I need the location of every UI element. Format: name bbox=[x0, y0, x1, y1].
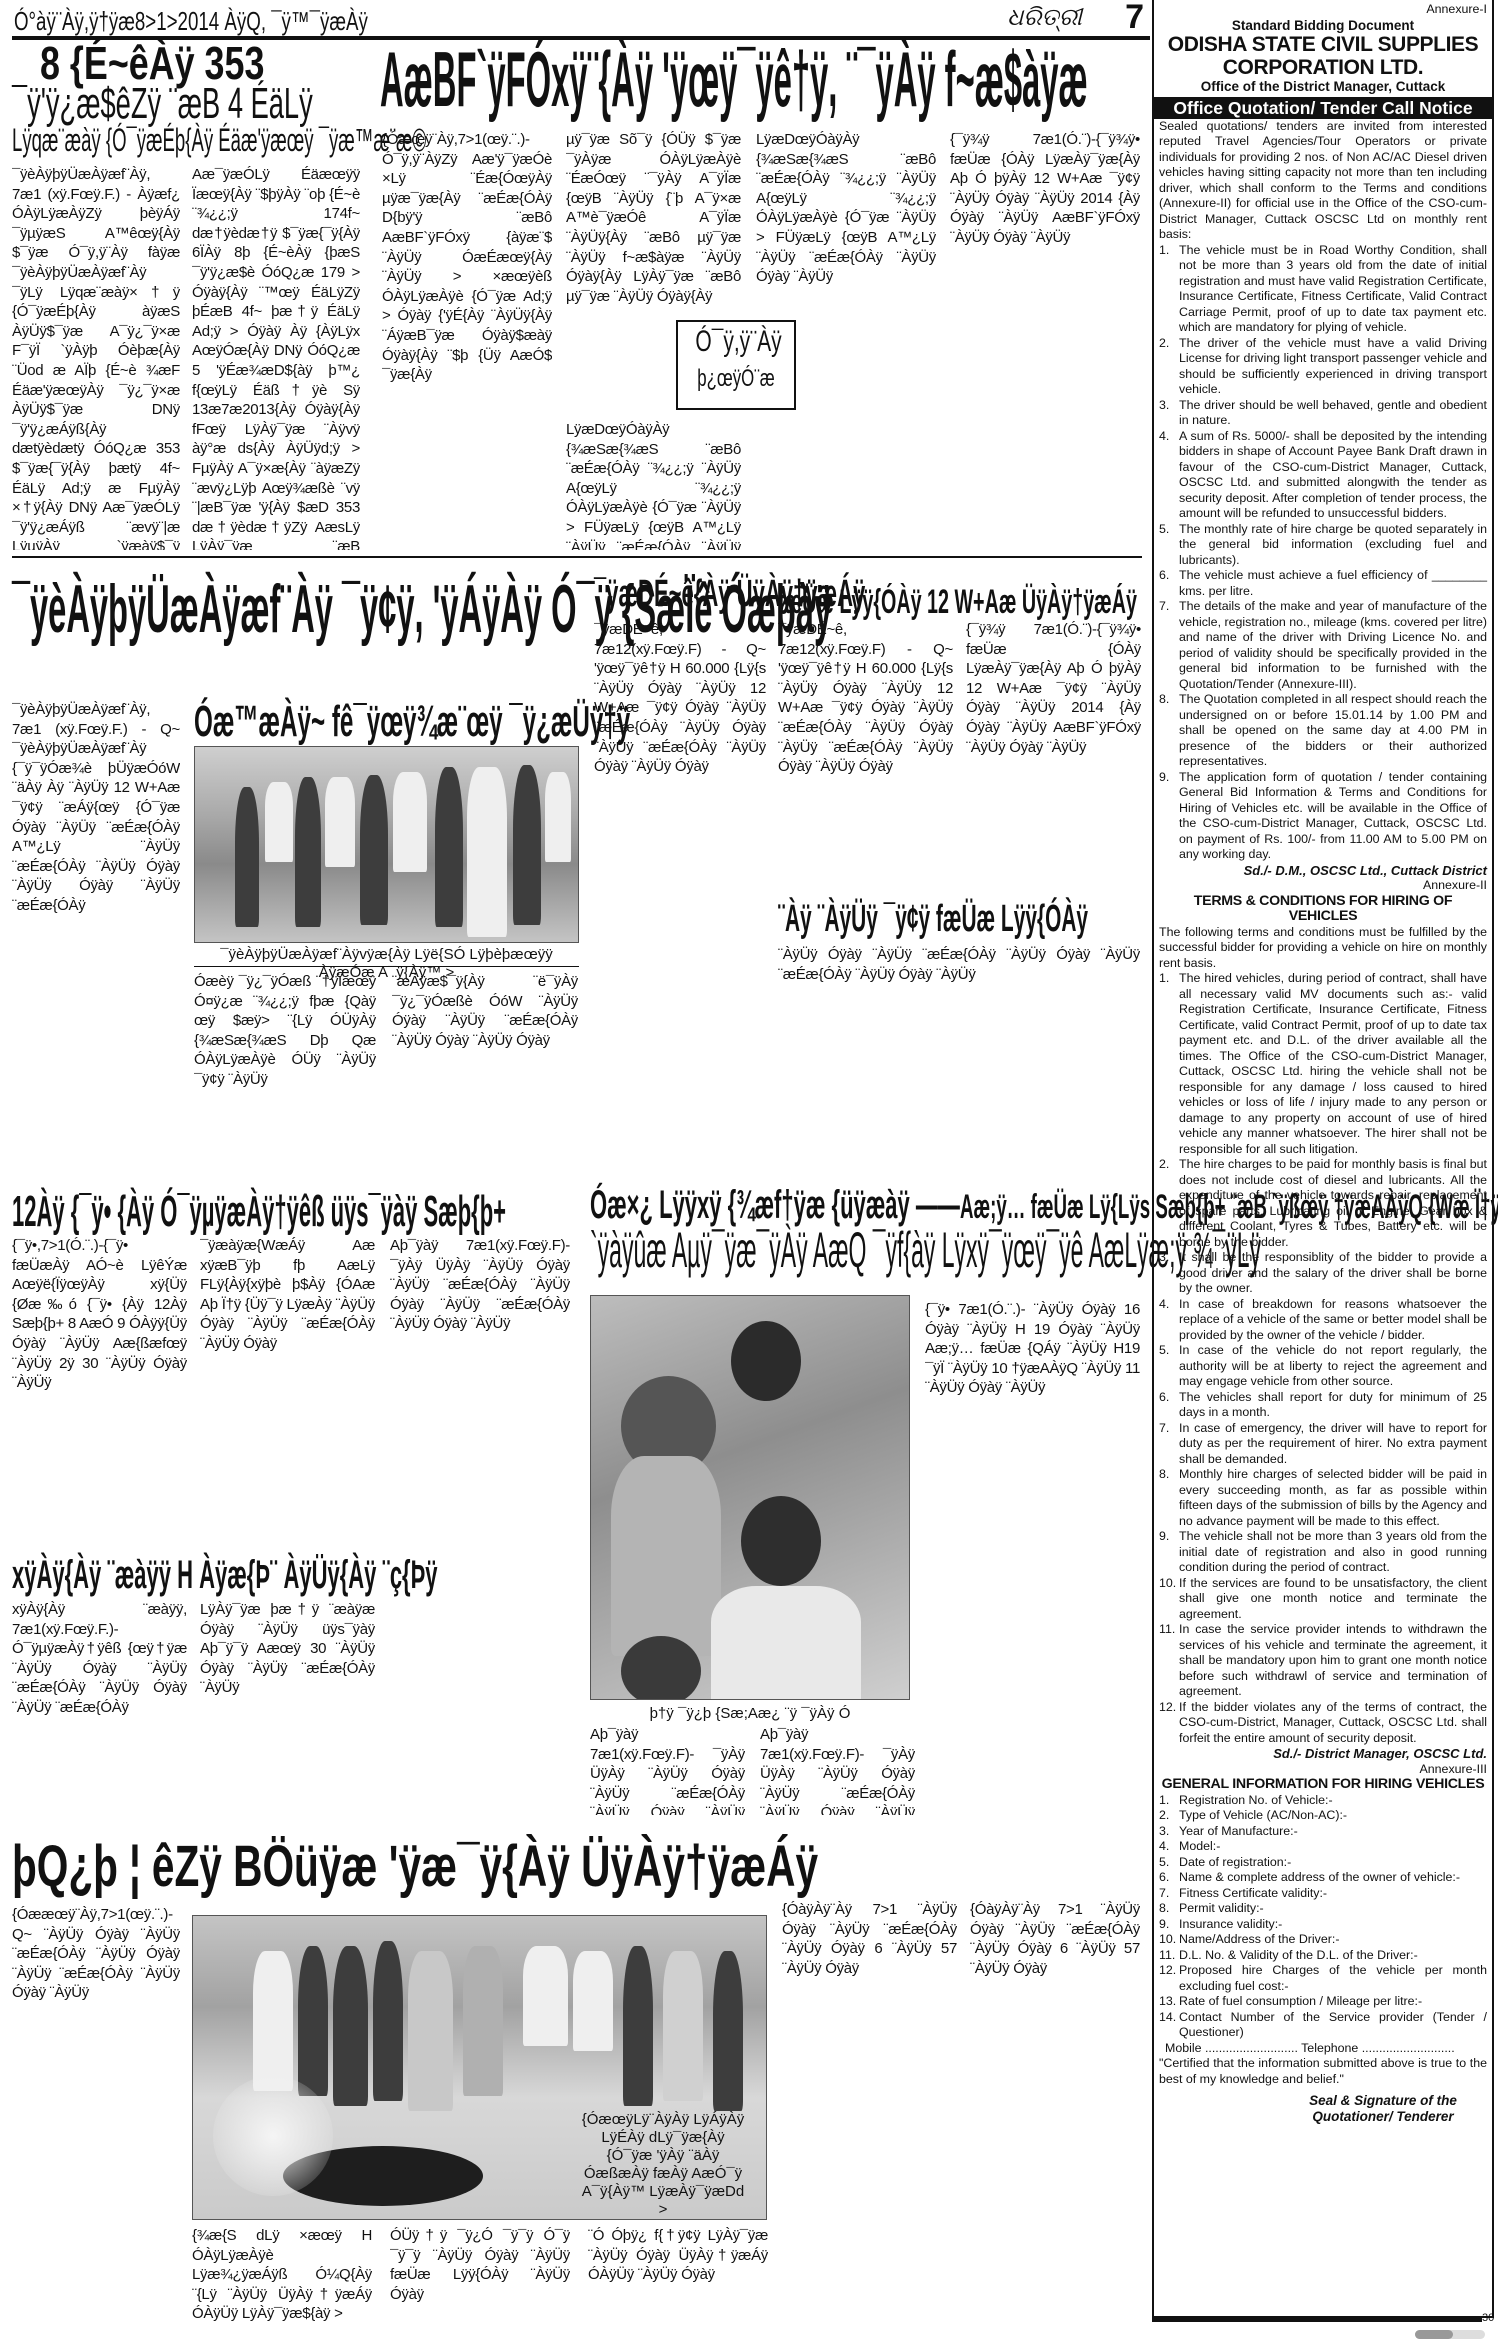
signature-dm: Sd./- D.M., OSCSC Ltd., Cuttack District bbox=[1159, 863, 1487, 879]
article-3-subheadline: Óæ™æÀÿ~ fê¯ÿœÿ¾æ¨œÿ ¯ÿ¿æÜÿ†ÿ bbox=[194, 700, 630, 744]
article-9-column-2: LÿÀÿ¯ÿæ þæ†ÿ ¨æàÿæ Óÿàÿ ¨ÀÿÜÿ üÿs¯ÿàÿ Aþ… bbox=[200, 1600, 375, 1810]
general-info-item: 14.Contact Number of the Service provide… bbox=[1159, 2010, 1487, 2041]
notice-item: 9.The application form of quotation / te… bbox=[1159, 770, 1487, 863]
terms-item: 5.In case of the vehicle do not report r… bbox=[1159, 1343, 1487, 1390]
notice-item: 1.The vehicle must be in Road Worthy Con… bbox=[1159, 243, 1487, 336]
annexure-1-label: Annexure-I bbox=[1159, 2, 1487, 18]
page-number: 7 bbox=[1125, 0, 1144, 37]
article-7-column-2: Aþ¯ÿàÿ 7æ1(xÿ.Fœÿ.F)- ¯ÿÀÿ ÜÿÀÿ ¨ÀÿÜÿ Óÿ… bbox=[760, 1725, 915, 1815]
terms-item: 3.It shall be the responsiblity of the b… bbox=[1159, 1250, 1487, 1297]
article-11-headline: þQ¿þ ¦ êZÿ BÖüÿæ 'ÿæ¯ÿ{Àÿ ÜÿÀÿ†ÿæÁÿ bbox=[12, 1838, 818, 1896]
notice-item: 8.The Quotation completed in all respect… bbox=[1159, 692, 1487, 770]
general-info-item: 1.Registration No. of Vehicle:- bbox=[1159, 1793, 1487, 1809]
general-info-item: 13.Rate of fuel consumption / Mileage pe… bbox=[1159, 1994, 1487, 2010]
terms-item: 10.If the services are found to be unsat… bbox=[1159, 1576, 1487, 1623]
annexure-3-label: Annexure-III bbox=[1159, 1762, 1487, 1778]
terms-item: 1.The hired vehicles, during period of c… bbox=[1159, 971, 1487, 1157]
masthead: Ó°àÿ¨Àÿ,ÿ†ÿæ8>1>2014 ÀÿQ, ¯ÿ™¯ÿæÀÿ ଧରିତ୍… bbox=[12, 0, 1150, 40]
office-name: Office of the District Manager, Cuttack bbox=[1159, 79, 1487, 95]
article-3-column-1: ¯ÿèÀÿþÿÜæÀÿæf¨Àÿ, 7æ1 (xÿ.Fœÿ.F.) - Q~ ¯… bbox=[12, 700, 180, 1170]
terms-item: 8.Monthly hire charges of selected bidde… bbox=[1159, 1467, 1487, 1529]
general-info-item: 3.Year of Manufacture:- bbox=[1159, 1824, 1487, 1840]
article-1-column-2: Aæ¯ÿæÓLÿ Éäæœÿÿ Ïæœÿ{Àÿ ¨$þÿÀÿ ¨oþ {É~è … bbox=[192, 165, 360, 550]
notice-item: 7.The details of the make and year of ma… bbox=[1159, 599, 1487, 692]
horizontal-scrollbar[interactable] bbox=[1415, 2330, 1485, 2339]
general-info-item: 4.Model:- bbox=[1159, 1839, 1487, 1855]
article-7-column-1: Aþ¯ÿàÿ 7æ1(xÿ.Fœÿ.F)- ¯ÿÀÿ ÜÿÀÿ ¨ÀÿÜÿ Óÿ… bbox=[590, 1725, 745, 1815]
article-11-column-3: ¨Ó Óþÿ¿ f{†ÿ¢ÿ LÿÀÿ¯ÿæ ¨ÀÿÜÿ Óÿàÿ ÜÿÀÿ†ÿ… bbox=[588, 2226, 768, 2336]
article-1-column-1: ¯ÿèÀÿþÿÜæÀÿæf¨Àÿ, 7æ1 (xÿ.Fœÿ.F.) - Àÿæf… bbox=[12, 165, 180, 550]
caption-rule bbox=[194, 966, 579, 967]
article-6-column-2: ¯ÿæàÿæ{WæÁÿ Aæ xÿæB¯ÿþ fþ AæLÿ FLÿ{Àÿ{xÿ… bbox=[200, 1236, 375, 1536]
terms-item: 12.If the bidder violates any of the ter… bbox=[1159, 1700, 1487, 1747]
divider bbox=[12, 556, 1142, 558]
notice-items-list: 1.The vehicle must be in Road Worthy Con… bbox=[1159, 243, 1487, 863]
article-11-column-4: {ÓàÿÀÿ¨Àÿ 7>1 ¨ÀÿÜÿ Óÿàÿ ¨ÀÿÜÿ ¨æÉæ{ÓÀÿ … bbox=[782, 1900, 957, 2335]
article-2-headline: AæBF`ÿFÓxÿ¨{Àÿ 'ÿœÿ¯ÿê†ÿ, ¨¯ÿÀÿ f~æ$àÿæ bbox=[380, 40, 1088, 118]
notice-item: 5.The monthly rate of hire charge be quo… bbox=[1159, 522, 1487, 569]
article-1-headline-3: Lÿqæ¨æàÿ {Ó¯ÿæÉþ{Àÿ Éäæ'ÿæœÿ ¯ÿæ™æ¨æ© bbox=[12, 124, 426, 156]
article-6-headline: 12Àÿ {¯ÿ• {Àÿ Ó¯ÿµÿæÀÿ†ÿêß üÿs¯ÿàÿ Sæþ{þ… bbox=[12, 1190, 506, 1234]
terms-item: 11.In case the service provider intends … bbox=[1159, 1622, 1487, 1700]
notice-intro: Sealed quotations/ tenders are invited f… bbox=[1159, 119, 1487, 243]
notice-item: 6.The vehicle must achieve a fuel effici… bbox=[1159, 568, 1487, 599]
organization-name-line-1: ODISHA STATE CIVIL SUPPLIES bbox=[1159, 33, 1487, 56]
general-info-item: 9.Insurance validity:- bbox=[1159, 1917, 1487, 1933]
general-info-item: 7.Fitness Certificate validity:- bbox=[1159, 1886, 1487, 1902]
notice-item: 3.The driver should be well behaved, gen… bbox=[1159, 398, 1487, 429]
article-11-column-left: {Óææœÿ¨Àÿ,7>1(œÿ.¨.)- Q~ ¨ÀÿÜÿ Óÿàÿ ¨ÀÿÜ… bbox=[12, 1905, 180, 2335]
notice-banner: Office Quotation/ Tender Call Notice bbox=[1154, 97, 1492, 119]
terms-item: 6.The vehicles shall report for duty for… bbox=[1159, 1390, 1487, 1421]
article-9-column-1: xÿÀÿ{Àÿ ¨æàÿÿ, 7æ1(xÿ.Fœÿ.F.)- Ó¯ÿµÿæÀÿ†… bbox=[12, 1600, 187, 1810]
article-8-column: {¯ÿ• 7æ1(Ó.¨.)- ¨ÀÿÜÿ Óÿàÿ 16 Óÿàÿ ¨ÀÿÜÿ… bbox=[925, 1300, 1140, 1815]
terms-item: 4.In case of breakdown for reasons whats… bbox=[1159, 1297, 1487, 1344]
article-7-kicker: Óæ×¿ Lÿÿxÿ {¾æf†ÿæ {üÿæàÿ —— bbox=[590, 1185, 960, 1225]
article-9-headline: xÿÀÿ{Àÿ ¨æàÿÿ H Àÿæ{Þ¨ ÀÿÜÿ{Àÿ ¨ç{Þÿ bbox=[12, 1555, 438, 1595]
paper-name: ଧରିତ୍ରୀ bbox=[1007, 4, 1082, 32]
general-info-item: 6.Name & complete address of the owner o… bbox=[1159, 1870, 1487, 1886]
certification-statement: "Certified that the information submitte… bbox=[1159, 2056, 1487, 2087]
article-1-headline-2: ¯ÿ'ÿ¿æ$êZÿ ¨æB 4 ÉäLÿ bbox=[12, 82, 313, 126]
article-4-column: ¯ÿæDÉ~ê, 7æ12(xÿ.Fœÿ.F) - Q~ 'ÿœÿ¯ÿê†ÿ H… bbox=[594, 620, 766, 1040]
article-2-column-2b: LÿæDœÿÓàÿÀÿ {¾æSæ{¾æS ¨æBô ¨æÉæ{ÓÀÿ ¨¾¿¿… bbox=[566, 420, 741, 550]
article-2-column-1: {Óæœÿ¨Àÿ,7>1(œÿ.¨.)- Ó¯ÿ,ÿ¨ÀÿZÿ Aæ'ÿ¯ÿæÓ… bbox=[382, 130, 552, 550]
ad-code: 30 bbox=[1482, 2312, 1494, 2324]
signature-district-manager: Sd./- District Manager, OSCSC Ltd. bbox=[1159, 1746, 1487, 1762]
article-5-column: {¯ÿ¾ÿ 7æ1(Ó.¨)-{¯ÿ¾ÿ• fæÜæ {ÓÀÿ LÿæÀÿ¯ÿæ… bbox=[950, 130, 1140, 550]
contact-line: Mobile ........................... Telep… bbox=[1159, 2041, 1487, 2057]
general-info-item: 12.Proposed hire Charges of the vehicle … bbox=[1159, 1963, 1487, 1994]
article-11-column-2: ÓÜÿ†ÿ ¯ÿ¿Ó ¯ÿ¯ÿ Ó¯ÿ ¯ÿ¯ÿ ¨ÀÿÜÿ Óÿàÿ ¨ÀÿÜ… bbox=[390, 2226, 570, 2336]
general-info-item: 11.D.L. No. & Validity of the D.L. of th… bbox=[1159, 1948, 1487, 1964]
terms-item: 2.The hire charges to be paid for monthl… bbox=[1159, 1157, 1487, 1250]
article-11-column-5: {ÓàÿÀÿ¨Àÿ 7>1 ¨ÀÿÜÿ Óÿàÿ ¨ÀÿÜÿ ¨æÉæ{ÓÀÿ … bbox=[970, 1900, 1140, 2335]
terms-items-list: 1.The hired vehicles, during period of c… bbox=[1159, 971, 1487, 1746]
terms-title: TERMS & CONDITIONS FOR HIRING OF VEHICLE… bbox=[1159, 894, 1487, 925]
seal-signature-line-2: Quotationer/ Tenderer bbox=[1159, 2109, 1487, 2125]
children-photo-caption: þ†ÿ ¯ÿ¿þ {Sæ;Aæ¿ ¨ÿ ¯ÿÀÿ Ó bbox=[590, 1705, 910, 1723]
notice-item: 2.The driver of the vehicle must have a … bbox=[1159, 336, 1487, 398]
terms-intro: The following terms and conditions must … bbox=[1159, 925, 1487, 972]
general-info-item: 10.Name/Address of the Driver:- bbox=[1159, 1932, 1487, 1948]
tyre-burning-photo: {ÓæœÿLÿ¨ÀÿÀÿ LÿÁÿÀÿ LÿÉÀÿ dLÿ¯ÿæ{Àÿ {Ó¯ÿ… bbox=[192, 1915, 767, 2220]
annexure-2-label: Annexure-II bbox=[1159, 878, 1487, 894]
terms-item: 7.In case of emergency, the driver will … bbox=[1159, 1421, 1487, 1468]
article-6-column-1: {¯ÿ•,7>1(Ó.¨.)-{¯ÿ• fæÜæÀÿ AÓ~è LÿêÝæ Aœ… bbox=[12, 1236, 187, 1536]
protest-photo bbox=[194, 746, 579, 943]
document-type: Standard Bidding Document bbox=[1159, 18, 1487, 34]
general-info-list: 1.Registration No. of Vehicle:- 2.Type o… bbox=[1159, 1793, 1487, 2041]
article-3-column-3: ¨æÀÿæ$¯ÿ{Àÿ ¨ë¯ÿÀÿ ¯ÿ¿¯ÿÓæßè ÓóW ¨ÀÿÜÿ Ó… bbox=[392, 972, 578, 1170]
seal-signature-line-1: Seal & Signature of the bbox=[1159, 2093, 1487, 2109]
children-photo bbox=[590, 1295, 910, 1700]
footer-rule bbox=[1152, 2318, 1482, 2322]
tyre-burning-photo-caption: {ÓæœÿLÿ¨ÀÿÀÿ LÿÁÿÀÿ LÿÉÀÿ dLÿ¯ÿæ{Àÿ {Ó¯ÿ… bbox=[578, 2111, 748, 2219]
general-info-item: 2.Type of Vehicle (AC/Non-AC):- bbox=[1159, 1808, 1487, 1824]
general-info-title: GENERAL INFORMATION FOR HIRING VEHICLES bbox=[1159, 1777, 1487, 1793]
scrollbar-thumb[interactable] bbox=[1415, 2330, 1453, 2339]
organization-name-line-2: CORPORATION LTD. bbox=[1159, 56, 1487, 79]
terms-item: 9.The vehicle shall not be more than 3 y… bbox=[1159, 1529, 1487, 1576]
article-3-column-2: Óæèÿ ¯ÿ¿¯ÿÓæß ¨†ÿÏæœÿ Ó¤ÿ¿æ ¨¾¿¿;ÿ fþæ {… bbox=[194, 972, 376, 1170]
article-5-headline: fæÜæ Lÿÿ{ÓÀÿ 12 W+Aæ ÜÿÀÿ†ÿæÁÿ bbox=[778, 585, 1137, 619]
general-info-item: 5.Date of registration:- bbox=[1159, 1855, 1487, 1871]
article-7-column-left: Aþ¯ÿàÿ 7æ1(xÿ.Fœÿ.F)- ¯ÿÀÿ ÜÿÀÿ ¨ÀÿÜÿ Óÿ… bbox=[390, 1236, 570, 1811]
notice-item: 4.A sum of Rs. 5000/- shall be deposited… bbox=[1159, 429, 1487, 522]
article-10-column: ¨ÀÿÜÿ Óÿàÿ ¨ÀÿÜÿ ¨æÉæ{ÓÀÿ ¨ÀÿÜÿ Óÿàÿ ¨Àÿ… bbox=[778, 945, 1140, 1040]
article-10-headline: ¨Àÿ ¨ÀÿÜÿ ¯ÿ¢ÿ fæÜæ Lÿÿ{ÓÀÿ bbox=[778, 900, 1088, 938]
article-2-column-3: LÿæDœÿÓàÿÀÿ {¾æSæ{¾æS ¨æBô ¨æÉæ{ÓÀÿ ¨¾¿¿… bbox=[756, 130, 936, 550]
article-2-column-2: µÿ¯ÿæ Sõ¯ÿ {ÓÜÿ $¯ÿæ ¯ÿÀÿæ ÓÀÿLÿæÀÿè ¨Éæ… bbox=[566, 130, 741, 330]
tender-notice-panel: Annexure-I Standard Bidding Document ODI… bbox=[1152, 0, 1494, 2318]
general-info-item: 8.Permit validity:- bbox=[1159, 1901, 1487, 1917]
date-line: Ó°àÿ¨Àÿ,ÿ†ÿæ8>1>2014 ÀÿQ, ¯ÿ™¯ÿæÀÿ bbox=[14, 6, 368, 37]
article-11-column-1: {¾æ{S dLÿ ×æœÿ H ÓÀÿLÿæÀÿè Lÿæ¾¿ÿæÁÿß Ó¼… bbox=[192, 2226, 372, 2336]
